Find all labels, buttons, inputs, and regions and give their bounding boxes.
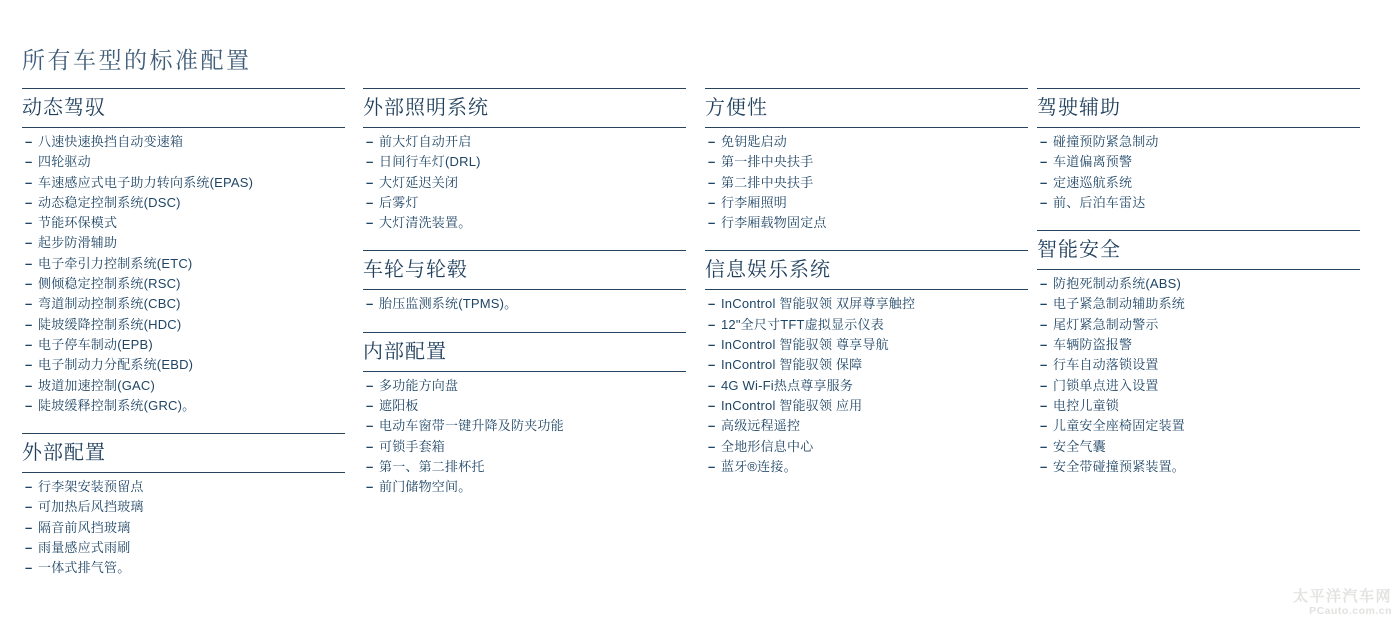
- item-text: 大灯延迟关闭: [379, 173, 458, 193]
- list-item: –可加热后风挡玻璃: [22, 497, 345, 517]
- item-text: 前大灯自动开启: [379, 132, 471, 152]
- column-1: 动态驾驭–八速快速换挡自动变速箱–四轮驱动–车速感应式电子助力转向系统(EPAS…: [22, 88, 345, 579]
- item-text: 弯道制动控制系统(CBC): [38, 294, 181, 314]
- dash-bullet: –: [1037, 396, 1053, 416]
- item-list: –InControl 智能驭领 双屏尊享触控–12"全尺寸TFT虚拟显示仪表–I…: [705, 290, 1028, 477]
- list-item: –电动车窗带一键升降及防夹功能: [363, 416, 686, 436]
- list-item: –车辆防盗报警: [1037, 335, 1360, 355]
- item-text: 起步防滑辅助: [38, 233, 117, 253]
- list-item: –坡道加速控制(GAC): [22, 376, 345, 396]
- dash-bullet: –: [22, 477, 38, 497]
- item-text: 车辆防盗报警: [1053, 335, 1132, 355]
- spec-section: 信息娱乐系统–InControl 智能驭领 双屏尊享触控–12"全尺寸TFT虚拟…: [705, 250, 1028, 477]
- list-item: –4G Wi-Fi热点尊享服务: [705, 376, 1028, 396]
- list-item: –InControl 智能驭领 保障: [705, 355, 1028, 375]
- list-item: –弯道制动控制系统(CBC): [22, 294, 345, 314]
- item-text: 多功能方向盘: [379, 376, 458, 396]
- list-item: –电子制动力分配系统(EBD): [22, 355, 345, 375]
- list-item: –四轮驱动: [22, 152, 345, 172]
- item-text: 安全气囊: [1053, 437, 1106, 457]
- item-list: –碰撞预防紧急制动–车道偏离预警–定速巡航系统–前、后泊车雷达: [1037, 128, 1360, 213]
- item-text: 防抱死制动系统(ABS): [1053, 274, 1181, 294]
- list-item: –大灯延迟关闭: [363, 173, 686, 193]
- dash-bullet: –: [22, 233, 38, 253]
- dash-bullet: –: [705, 457, 721, 477]
- item-text: 车道偏离预警: [1053, 152, 1132, 172]
- spec-section: 车轮与轮毂–胎压监测系统(TPMS)。: [363, 250, 686, 314]
- dash-bullet: –: [22, 213, 38, 233]
- list-item: –陡坡缓释控制系统(GRC)。: [22, 396, 345, 416]
- list-item: –电控儿童锁: [1037, 396, 1360, 416]
- dash-bullet: –: [22, 294, 38, 314]
- list-item: –电子牵引力控制系统(ETC): [22, 254, 345, 274]
- list-item: –蓝牙®连接。: [705, 457, 1028, 477]
- dash-bullet: –: [363, 437, 379, 457]
- spec-section: 智能安全–防抱死制动系统(ABS)–电子紧急制动辅助系统–尾灯紧急制动警示–车辆…: [1037, 230, 1360, 477]
- item-text: 行李厢载物固定点: [721, 213, 827, 233]
- list-item: –防抱死制动系统(ABS): [1037, 274, 1360, 294]
- item-text: 蓝牙®连接。: [721, 457, 797, 477]
- item-text: 日间行车灯(DRL): [379, 152, 481, 172]
- item-text: 遮阳板: [379, 396, 419, 416]
- dash-bullet: –: [1037, 132, 1053, 152]
- list-item: –定速巡航系统: [1037, 173, 1360, 193]
- item-text: 胎压监测系统(TPMS)。: [379, 294, 517, 314]
- list-item: –八速快速换挡自动变速箱: [22, 132, 345, 152]
- item-text: InControl 智能驭领 应用: [721, 396, 862, 416]
- dash-bullet: –: [22, 132, 38, 152]
- dash-bullet: –: [363, 376, 379, 396]
- dash-bullet: –: [363, 416, 379, 436]
- dash-bullet: –: [22, 274, 38, 294]
- list-item: –第二排中央扶手: [705, 173, 1028, 193]
- item-text: InControl 智能驭领 保障: [721, 355, 862, 375]
- dash-bullet: –: [22, 193, 38, 213]
- dash-bullet: –: [22, 335, 38, 355]
- item-text: 免钥匙启动: [721, 132, 787, 152]
- item-text: 可加热后风挡玻璃: [38, 497, 144, 517]
- dash-bullet: –: [705, 355, 721, 375]
- list-item: –行车自动落锁设置: [1037, 355, 1360, 375]
- item-list: –八速快速换挡自动变速箱–四轮驱动–车速感应式电子助力转向系统(EPAS)–动态…: [22, 128, 345, 416]
- item-text: 行李架安装预留点: [38, 477, 144, 497]
- list-item: –前、后泊车雷达: [1037, 193, 1360, 213]
- section-heading: 动态驾驭: [22, 88, 345, 128]
- dash-bullet: –: [705, 315, 721, 335]
- item-text: 电子紧急制动辅助系统: [1053, 294, 1185, 314]
- item-text: 4G Wi-Fi热点尊享服务: [721, 376, 853, 396]
- list-item: –一体式排气管。: [22, 558, 345, 578]
- dash-bullet: –: [22, 376, 38, 396]
- item-text: 行李厢照明: [721, 193, 787, 213]
- item-list: –多功能方向盘–遮阳板–电动车窗带一键升降及防夹功能–可锁手套箱–第一、第二排杯…: [363, 372, 686, 498]
- list-item: –日间行车灯(DRL): [363, 152, 686, 172]
- section-heading: 智能安全: [1037, 230, 1360, 270]
- section-heading: 外部照明系统: [363, 88, 686, 128]
- item-text: 陡坡缓释控制系统(GRC)。: [38, 396, 195, 416]
- column-4: 驾驶辅助–碰撞预防紧急制动–车道偏离预警–定速巡航系统–前、后泊车雷达智能安全–…: [1037, 88, 1360, 477]
- list-item: –行李厢照明: [705, 193, 1028, 213]
- list-item: –电子停车制动(EPB): [22, 335, 345, 355]
- list-item: –InControl 智能驭领 应用: [705, 396, 1028, 416]
- list-item: –侧倾稳定控制系统(RSC): [22, 274, 345, 294]
- item-list: –胎压监测系统(TPMS)。: [363, 290, 686, 314]
- item-text: 碰撞预防紧急制动: [1053, 132, 1159, 152]
- spec-section: 外部照明系统–前大灯自动开启–日间行车灯(DRL)–大灯延迟关闭–后雾灯–大灯清…: [363, 88, 686, 233]
- spec-section: 方便性–免钥匙启动–第一排中央扶手–第二排中央扶手–行李厢照明–行李厢载物固定点: [705, 88, 1028, 233]
- dash-bullet: –: [705, 416, 721, 436]
- section-heading: 内部配置: [363, 332, 686, 372]
- list-item: –雨量感应式雨刷: [22, 538, 345, 558]
- list-item: –后雾灯: [363, 193, 686, 213]
- item-text: 电子停车制动(EPB): [38, 335, 153, 355]
- item-text: InControl 智能驭领 尊享导航: [721, 335, 889, 355]
- item-text: 高级远程遥控: [721, 416, 800, 436]
- list-item: –胎压监测系统(TPMS)。: [363, 294, 686, 314]
- item-text: 八速快速换挡自动变速箱: [38, 132, 183, 152]
- item-text: 行车自动落锁设置: [1053, 355, 1159, 375]
- watermark-site-name: 太平洋汽车网: [1293, 588, 1392, 605]
- dash-bullet: –: [705, 396, 721, 416]
- item-text: 一体式排气管。: [38, 558, 130, 578]
- dash-bullet: –: [22, 152, 38, 172]
- list-item: –大灯清洗装置。: [363, 213, 686, 233]
- watermark-site-url: PCauto.com.cn: [1293, 605, 1392, 617]
- list-item: –行李厢载物固定点: [705, 213, 1028, 233]
- item-text: 电控儿童锁: [1053, 396, 1119, 416]
- column-2: 外部照明系统–前大灯自动开启–日间行车灯(DRL)–大灯延迟关闭–后雾灯–大灯清…: [363, 88, 686, 498]
- dash-bullet: –: [1037, 173, 1053, 193]
- list-item: –门锁单点进入设置: [1037, 376, 1360, 396]
- item-text: 四轮驱动: [38, 152, 91, 172]
- item-text: 隔音前风挡玻璃: [38, 518, 130, 538]
- dash-bullet: –: [363, 396, 379, 416]
- item-text: 电子制动力分配系统(EBD): [38, 355, 193, 375]
- dash-bullet: –: [705, 132, 721, 152]
- item-text: 电动车窗带一键升降及防夹功能: [379, 416, 564, 436]
- dash-bullet: –: [1037, 376, 1053, 396]
- item-text: 雨量感应式雨刷: [38, 538, 130, 558]
- list-item: –第一、第二排杯托: [363, 457, 686, 477]
- list-item: –InControl 智能驭领 双屏尊享触控: [705, 294, 1028, 314]
- list-item: –免钥匙启动: [705, 132, 1028, 152]
- list-item: –多功能方向盘: [363, 376, 686, 396]
- list-item: –全地形信息中心: [705, 437, 1028, 457]
- item-text: 电子牵引力控制系统(ETC): [38, 254, 192, 274]
- list-item: –动态稳定控制系统(DSC): [22, 193, 345, 213]
- list-item: –行李架安装预留点: [22, 477, 345, 497]
- dash-bullet: –: [363, 173, 379, 193]
- item-text: 节能环保模式: [38, 213, 117, 233]
- list-item: –车速感应式电子助力转向系统(EPAS): [22, 173, 345, 193]
- dash-bullet: –: [363, 193, 379, 213]
- item-list: –行李架安装预留点–可加热后风挡玻璃–隔音前风挡玻璃–雨量感应式雨刷–一体式排气…: [22, 473, 345, 578]
- section-heading: 方便性: [705, 88, 1028, 128]
- spec-section: 驾驶辅助–碰撞预防紧急制动–车道偏离预警–定速巡航系统–前、后泊车雷达: [1037, 88, 1360, 213]
- dash-bullet: –: [1037, 335, 1053, 355]
- dash-bullet: –: [363, 213, 379, 233]
- list-item: –起步防滑辅助: [22, 233, 345, 253]
- dash-bullet: –: [22, 173, 38, 193]
- dash-bullet: –: [1037, 152, 1053, 172]
- watermark: 太平洋汽车网 PCauto.com.cn: [1293, 588, 1392, 617]
- dash-bullet: –: [705, 294, 721, 314]
- list-item: –儿童安全座椅固定装置: [1037, 416, 1360, 436]
- list-item: –陡坡缓降控制系统(HDC): [22, 315, 345, 335]
- item-text: 可锁手套箱: [379, 437, 445, 457]
- dash-bullet: –: [1037, 294, 1053, 314]
- section-heading: 驾驶辅助: [1037, 88, 1360, 128]
- item-text: 前门储物空间。: [379, 477, 471, 497]
- spec-section: 外部配置–行李架安装预留点–可加热后风挡玻璃–隔音前风挡玻璃–雨量感应式雨刷–一…: [22, 433, 345, 578]
- dash-bullet: –: [705, 193, 721, 213]
- item-text: 第一、第二排杯托: [379, 457, 485, 477]
- list-item: –遮阳板: [363, 396, 686, 416]
- section-heading: 外部配置: [22, 433, 345, 473]
- spec-section: 内部配置–多功能方向盘–遮阳板–电动车窗带一键升降及防夹功能–可锁手套箱–第一、…: [363, 332, 686, 498]
- item-text: 车速感应式电子助力转向系统(EPAS): [38, 173, 253, 193]
- list-item: –节能环保模式: [22, 213, 345, 233]
- item-list: –前大灯自动开启–日间行车灯(DRL)–大灯延迟关闭–后雾灯–大灯清洗装置。: [363, 128, 686, 233]
- dash-bullet: –: [705, 437, 721, 457]
- list-item: –前门储物空间。: [363, 477, 686, 497]
- dash-bullet: –: [22, 538, 38, 558]
- list-item: –12"全尺寸TFT虚拟显示仪表: [705, 315, 1028, 335]
- list-item: –可锁手套箱: [363, 437, 686, 457]
- dash-bullet: –: [22, 497, 38, 517]
- item-text: 侧倾稳定控制系统(RSC): [38, 274, 181, 294]
- dash-bullet: –: [363, 457, 379, 477]
- item-text: 后雾灯: [379, 193, 419, 213]
- item-text: 全地形信息中心: [721, 437, 813, 457]
- list-item: –电子紧急制动辅助系统: [1037, 294, 1360, 314]
- dash-bullet: –: [705, 152, 721, 172]
- dash-bullet: –: [705, 376, 721, 396]
- dash-bullet: –: [363, 477, 379, 497]
- dash-bullet: –: [1037, 193, 1053, 213]
- item-text: 陡坡缓降控制系统(HDC): [38, 315, 181, 335]
- list-item: –车道偏离预警: [1037, 152, 1360, 172]
- item-text: 坡道加速控制(GAC): [38, 376, 155, 396]
- item-list: –免钥匙启动–第一排中央扶手–第二排中央扶手–行李厢照明–行李厢载物固定点: [705, 128, 1028, 233]
- list-item: –安全气囊: [1037, 437, 1360, 457]
- list-item: –第一排中央扶手: [705, 152, 1028, 172]
- dash-bullet: –: [22, 355, 38, 375]
- dash-bullet: –: [705, 173, 721, 193]
- dash-bullet: –: [1037, 274, 1053, 294]
- list-item: –InControl 智能驭领 尊享导航: [705, 335, 1028, 355]
- item-text: 门锁单点进入设置: [1053, 376, 1159, 396]
- list-item: –高级远程遥控: [705, 416, 1028, 436]
- list-item: –隔音前风挡玻璃: [22, 518, 345, 538]
- item-text: 大灯清洗装置。: [379, 213, 471, 233]
- section-heading: 信息娱乐系统: [705, 250, 1028, 290]
- item-text: 动态稳定控制系统(DSC): [38, 193, 181, 213]
- page-title: 所有车型的标准配置: [22, 42, 252, 75]
- dash-bullet: –: [363, 294, 379, 314]
- item-text: 第一排中央扶手: [721, 152, 813, 172]
- section-heading: 车轮与轮毂: [363, 250, 686, 290]
- dash-bullet: –: [22, 315, 38, 335]
- item-text: 尾灯紧急制动警示: [1053, 315, 1159, 335]
- item-list: –防抱死制动系统(ABS)–电子紧急制动辅助系统–尾灯紧急制动警示–车辆防盗报警…: [1037, 270, 1360, 477]
- dash-bullet: –: [1037, 416, 1053, 436]
- dash-bullet: –: [1037, 457, 1053, 477]
- item-text: InControl 智能驭领 双屏尊享触控: [721, 294, 915, 314]
- item-text: 安全带碰撞预紧装置。: [1053, 457, 1185, 477]
- list-item: –安全带碰撞预紧装置。: [1037, 457, 1360, 477]
- column-3: 方便性–免钥匙启动–第一排中央扶手–第二排中央扶手–行李厢照明–行李厢载物固定点…: [705, 88, 1028, 477]
- dash-bullet: –: [1037, 355, 1053, 375]
- item-text: 前、后泊车雷达: [1053, 193, 1145, 213]
- dash-bullet: –: [22, 396, 38, 416]
- spec-section: 动态驾驭–八速快速换挡自动变速箱–四轮驱动–车速感应式电子助力转向系统(EPAS…: [22, 88, 345, 416]
- dash-bullet: –: [705, 213, 721, 233]
- dash-bullet: –: [1037, 315, 1053, 335]
- list-item: –尾灯紧急制动警示: [1037, 315, 1360, 335]
- dash-bullet: –: [705, 335, 721, 355]
- list-item: –前大灯自动开启: [363, 132, 686, 152]
- item-text: 第二排中央扶手: [721, 173, 813, 193]
- dash-bullet: –: [1037, 437, 1053, 457]
- item-text: 12"全尺寸TFT虚拟显示仪表: [721, 315, 884, 335]
- dash-bullet: –: [22, 558, 38, 578]
- dash-bullet: –: [22, 518, 38, 538]
- item-text: 儿童安全座椅固定装置: [1053, 416, 1185, 436]
- item-text: 定速巡航系统: [1053, 173, 1132, 193]
- dash-bullet: –: [363, 152, 379, 172]
- list-item: –碰撞预防紧急制动: [1037, 132, 1360, 152]
- dash-bullet: –: [363, 132, 379, 152]
- dash-bullet: –: [22, 254, 38, 274]
